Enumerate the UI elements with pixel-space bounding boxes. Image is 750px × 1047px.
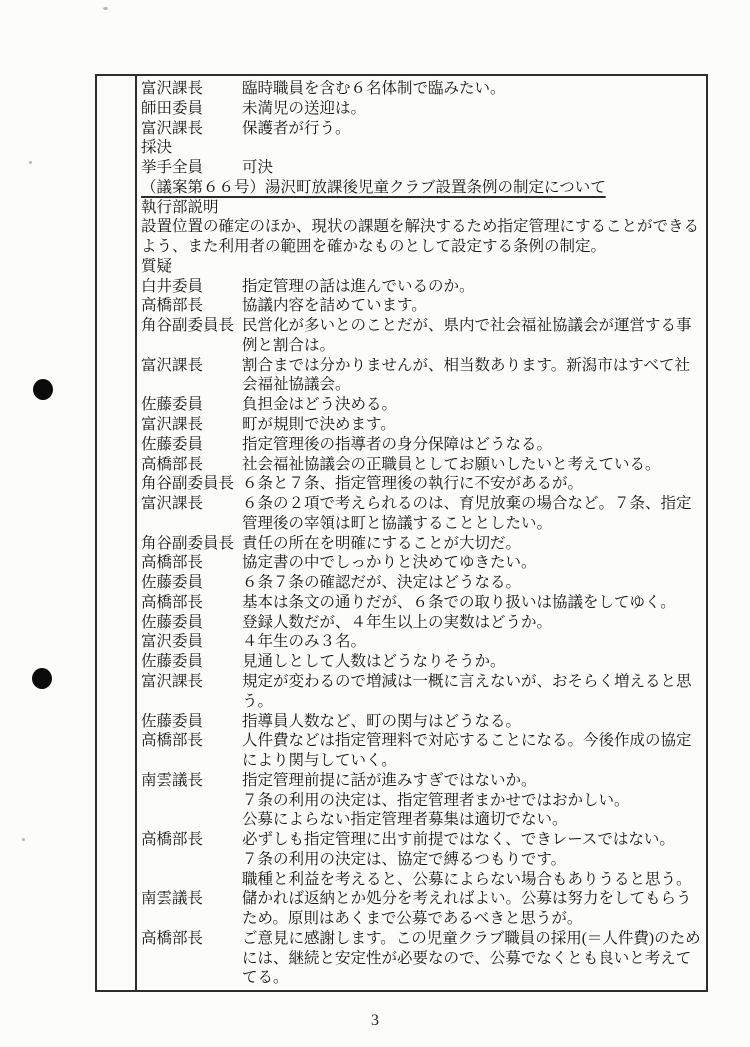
- minutes-line: 高橋部長必ずしも指定管理に出す前提ではなく、できレースではない。: [141, 830, 702, 850]
- minutes-line: 佐藤委員６条７条の確認だが、決定はどうなる。: [141, 573, 702, 593]
- line-text: 人件費などは指定管理料で対応することになる。今後作成の協定: [242, 731, 702, 751]
- minutes-line: 高橋部長社会福祉協議会の正職員としてお願いしたいと考えている。: [141, 455, 702, 475]
- speaker-name: 高橋部長: [141, 929, 242, 949]
- minutes-line: 高橋部長人件費などは指定管理料で対応することになる。今後作成の協定: [141, 731, 702, 751]
- line-text: 質疑: [141, 257, 702, 277]
- table-left-column-divider: [135, 76, 137, 990]
- speaker-name: 富沢課長: [141, 672, 242, 692]
- minutes-line: 富沢課長規定が変わるので増減は一概に言えないが、おそらく増えると思: [141, 672, 702, 692]
- line-text: には、継続と安定性が必要なので、公募でなくとも良いと考えて: [242, 949, 702, 969]
- speaker-name: 富沢委員: [141, 632, 242, 652]
- line-text: てる。: [242, 968, 702, 988]
- line-text: う。: [242, 692, 702, 712]
- line-text: 指定管理前提に話が進みすぎではないか。: [242, 771, 702, 791]
- line-text: 指定管理後の指導者の身分保障はどうなる。: [242, 435, 702, 455]
- speaker-name: 角谷副委員長: [141, 316, 242, 336]
- minutes-line: 高橋部長協議内容を詰めています。: [141, 296, 702, 316]
- line-text: 見通しとして人数はどうなりそうか。: [242, 652, 702, 672]
- minutes-line: 角谷副委員長民営化が多いとのことだが、県内で社会福祉協議会が運営する事: [141, 316, 702, 336]
- line-text: 規定が変わるので増減は一概に言えないが、おそらく増えると思: [242, 672, 702, 692]
- line-text: ７条の利用の決定は、協定で縛るつもりです。: [242, 850, 702, 870]
- line-text: 責任の所在を明確にすることが大切だ。: [242, 534, 702, 554]
- minutes-line: 例と割合は。: [141, 336, 702, 356]
- speaker-name: 佐藤委員: [141, 613, 242, 633]
- speaker-name: [141, 336, 242, 356]
- minutes-line: 高橋部長基本は条文の通りだが、６条での取り扱いは協議をしてゆく。: [141, 593, 702, 613]
- minutes-line: 職種と利益を考えると、公募によらない場合もありうると思う。: [141, 870, 702, 890]
- line-text: 協定書の中でしっかりと決めてゆきたい。: [242, 553, 702, 573]
- speaker-name: 富沢課長: [141, 356, 242, 376]
- line-text: 民営化が多いとのことだが、県内で社会福祉協議会が運営する事: [242, 316, 702, 336]
- speaker-name: 師田委員: [141, 99, 242, 119]
- speaker-name: [141, 375, 242, 395]
- line-text: 設置位置の確定のほか、現状の課題を解決するため指定管理にすることができる: [141, 217, 702, 237]
- minutes-line: 白井委員指定管理の話は進んでいるのか。: [141, 277, 702, 297]
- speaker-name: 南雲議長: [141, 889, 242, 909]
- speaker-name: [141, 810, 242, 830]
- line-text: 公募によらない指定管理者募集は適切でない。: [242, 810, 702, 830]
- line-text: 指定管理の話は進んでいるのか。: [242, 277, 702, 297]
- minutes-line: 高橋部長ご意見に感謝します。この児童クラブ職員の採用(＝人件費)のため: [141, 929, 702, 949]
- line-text: ６条７条の確認だが、決定はどうなる。: [242, 573, 702, 593]
- minutes-line: 佐藤委員指導員人数など、町の関与はどうなる。: [141, 712, 702, 732]
- minutes-line: 佐藤委員登録人数だが、４年生以上の実数はどうか。: [141, 613, 702, 633]
- speaker-name: 角谷副委員長: [141, 534, 242, 554]
- speaker-name: 高橋部長: [141, 455, 242, 475]
- scan-speck: [29, 161, 32, 164]
- line-text: 執行部説明: [141, 198, 702, 218]
- table-frame: 富沢課長臨時職員を含む６名体制で臨みたい。師田委員未満児の送迎は。富沢課長保護者…: [95, 74, 708, 992]
- minutes-line: 採決: [141, 138, 702, 158]
- line-text: 臨時職員を含む６名体制で臨みたい。: [242, 79, 702, 99]
- minutes-line: 南雲議長指定管理前提に話が進みすぎではないか。: [141, 771, 702, 791]
- speaker-name: 高橋部長: [141, 296, 242, 316]
- line-text: 社会福祉協議会の正職員としてお願いしたいと考えている。: [242, 455, 702, 475]
- speaker-name: 高橋部長: [141, 731, 242, 751]
- line-text: 未満児の送迎は。: [242, 99, 702, 119]
- line-text: 職種と利益を考えると、公募によらない場合もありうると思う。: [242, 870, 702, 890]
- minutes-line: 佐藤委員指定管理後の指導者の身分保障はどうなる。: [141, 435, 702, 455]
- minutes-line: 南雲議長儲かれば返納とか処分を考えればよい。公募は努力をしてもらう: [141, 889, 702, 909]
- minutes-line: には、継続と安定性が必要なので、公募でなくとも良いと考えて: [141, 949, 702, 969]
- speaker-name: 富沢課長: [141, 79, 242, 99]
- line-text: 町が規則で決めます。: [242, 415, 702, 435]
- line-text: ご意見に感謝します。この児童クラブ職員の採用(＝人件費)のため: [242, 929, 702, 949]
- minutes-line: 設置位置の確定のほか、現状の課題を解決するため指定管理にすることができる: [141, 217, 702, 237]
- minutes-line: 角谷副委員長責任の所在を明確にすることが大切だ。: [141, 534, 702, 554]
- minutes-line: ７条の利用の決定は、指定管理者まかせではおかしい。: [141, 791, 702, 811]
- speaker-name: [141, 791, 242, 811]
- scan-speck: [22, 838, 25, 841]
- agenda-heading-line: （議案第６６号）湯沢町放課後児童クラブ設置条例の制定について: [141, 178, 702, 198]
- line-text: ６条と７条、指定管理後の執行に不安があるが。: [242, 474, 702, 494]
- minutes-line: ７条の利用の決定は、協定で縛るつもりです。: [141, 850, 702, 870]
- line-text: により関与していく。: [242, 751, 702, 771]
- speaker-name: 白井委員: [141, 277, 242, 297]
- line-text: 保護者が行う。: [242, 119, 702, 139]
- speaker-name: 佐藤委員: [141, 652, 242, 672]
- speaker-name: 佐藤委員: [141, 573, 242, 593]
- speaker-name: 高橋部長: [141, 830, 242, 850]
- line-text: 儲かれば返納とか処分を考えればよい。公募は努力をしてもらう: [242, 889, 702, 909]
- minutes-line: 富沢課長６条の２項で考えられるのは、育児放棄の場合など。７条、指定: [141, 494, 702, 514]
- line-text: 可決: [242, 158, 702, 178]
- line-text: 協議内容を詰めています。: [242, 296, 702, 316]
- speaker-name: [141, 949, 242, 969]
- speaker-name: 高橋部長: [141, 593, 242, 613]
- speaker-name: 挙手全員: [141, 158, 242, 178]
- speaker-name: [141, 514, 242, 534]
- speaker-name: 南雲議長: [141, 771, 242, 791]
- line-text: 会福祉協議会。: [242, 375, 702, 395]
- minutes-line: 会福祉協議会。: [141, 375, 702, 395]
- line-text: ７条の利用の決定は、指定管理者まかせではおかしい。: [242, 791, 702, 811]
- speaker-name: [141, 692, 242, 712]
- minutes-line: てる。: [141, 968, 702, 988]
- minutes-line: 執行部説明: [141, 198, 702, 218]
- scanned-minutes-page: 富沢課長臨時職員を含む６名体制で臨みたい。師田委員未満児の送迎は。富沢課長保護者…: [0, 0, 750, 1047]
- punch-hole: [32, 668, 52, 689]
- speaker-name: 佐藤委員: [141, 395, 242, 415]
- line-text: 例と割合は。: [242, 336, 702, 356]
- minutes-line: 角谷副委員長６条と７条、指定管理後の執行に不安があるが。: [141, 474, 702, 494]
- minutes-line: 高橋部長協定書の中でしっかりと決めてゆきたい。: [141, 553, 702, 573]
- line-text: ため。原則はあくまで公募であるべきと思うが。: [242, 909, 702, 929]
- minutes-line: 富沢課長割合までは分かりませんが、相当数あります。新潟市はすべて社: [141, 356, 702, 376]
- minutes-line: 富沢課長町が規則で決めます。: [141, 415, 702, 435]
- speaker-name: 佐藤委員: [141, 712, 242, 732]
- line-text: 基本は条文の通りだが、６条での取り扱いは協議をしてゆく。: [242, 593, 702, 613]
- minutes-line: う。: [141, 692, 702, 712]
- minutes-line: 管理後の宰領は町と協議することとしたい。: [141, 514, 702, 534]
- line-text: ４年生のみ３名。: [242, 632, 702, 652]
- minutes-line: ため。原則はあくまで公募であるべきと思うが。: [141, 909, 702, 929]
- minutes-line: よう、また利用者の範囲を確かなものとして設定する条例の制定。: [141, 237, 702, 257]
- minutes-line: 佐藤委員見通しとして人数はどうなりそうか。: [141, 652, 702, 672]
- line-text: 管理後の宰領は町と協議することとしたい。: [242, 514, 702, 534]
- page-number: 3: [0, 1012, 750, 1030]
- punch-hole: [33, 379, 53, 400]
- minutes-lines: 富沢課長臨時職員を含む６名体制で臨みたい。師田委員未満児の送迎は。富沢課長保護者…: [141, 79, 702, 988]
- line-text: 負担金はどう決める。: [242, 395, 702, 415]
- speaker-name: [141, 870, 242, 890]
- minutes-line: 質疑: [141, 257, 702, 277]
- speaker-name: [141, 850, 242, 870]
- minutes-line: 富沢課長臨時職員を含む６名体制で臨みたい。: [141, 79, 702, 99]
- speaker-name: 高橋部長: [141, 553, 242, 573]
- minutes-line: 師田委員未満児の送迎は。: [141, 99, 702, 119]
- minutes-line: により関与していく。: [141, 751, 702, 771]
- scan-speck: [103, 7, 108, 10]
- minutes-line: 富沢課長保護者が行う。: [141, 119, 702, 139]
- minutes-line: 佐藤委員負担金はどう決める。: [141, 395, 702, 415]
- line-text: よう、また利用者の範囲を確かなものとして設定する条例の制定。: [141, 237, 702, 257]
- line-text: 割合までは分かりませんが、相当数あります。新潟市はすべて社: [242, 356, 702, 376]
- agenda-title: （議案第６６号）湯沢町放課後児童クラブ設置条例の制定について: [141, 178, 702, 198]
- line-text: 採決: [141, 138, 702, 158]
- line-text: 指導員人数など、町の関与はどうなる。: [242, 712, 702, 732]
- speaker-name: 富沢課長: [141, 119, 242, 139]
- speaker-name: [141, 909, 242, 929]
- speaker-name: 角谷副委員長: [141, 474, 242, 494]
- minutes-line: 公募によらない指定管理者募集は適切でない。: [141, 810, 702, 830]
- speaker-name: [141, 751, 242, 771]
- speaker-name: 佐藤委員: [141, 435, 242, 455]
- line-text: 登録人数だが、４年生以上の実数はどうか。: [242, 613, 702, 633]
- speaker-name: [141, 968, 242, 988]
- minutes-line: 挙手全員可決: [141, 158, 702, 178]
- line-text: ６条の２項で考えられるのは、育児放棄の場合など。７条、指定: [242, 494, 702, 514]
- speaker-name: 富沢課長: [141, 494, 242, 514]
- speaker-name: 富沢課長: [141, 415, 242, 435]
- minutes-line: 富沢委員４年生のみ３名。: [141, 632, 702, 652]
- line-text: 必ずしも指定管理に出す前提ではなく、できレースではない。: [242, 830, 702, 850]
